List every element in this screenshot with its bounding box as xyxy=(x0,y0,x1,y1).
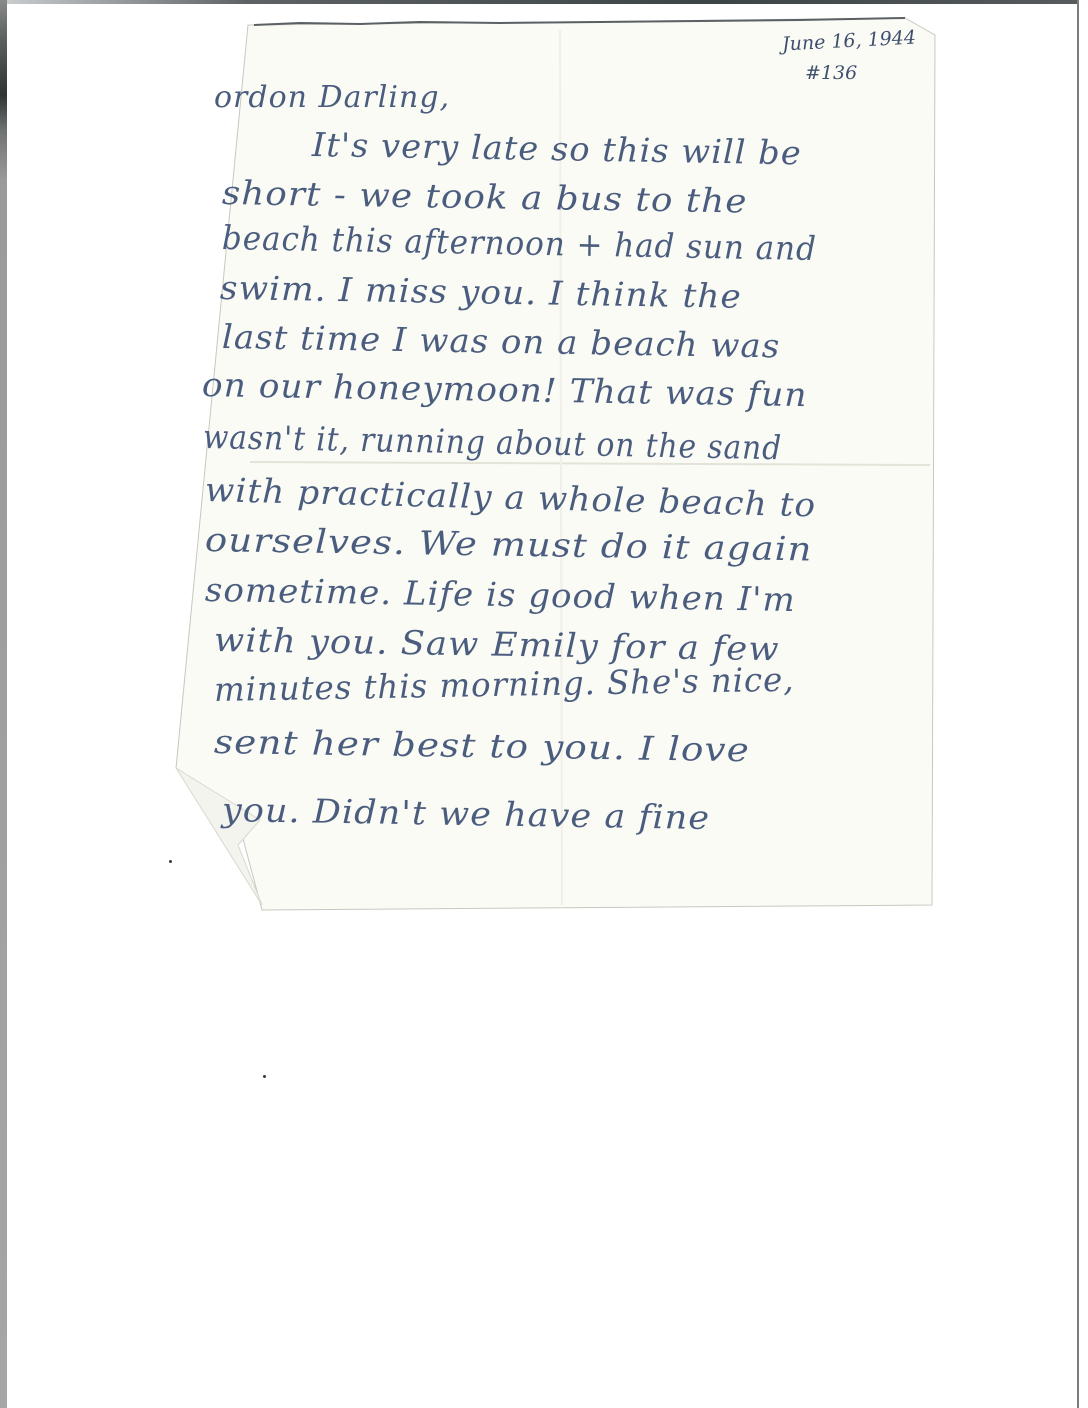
scan-speck xyxy=(169,860,172,863)
scan-speck xyxy=(263,1075,266,1078)
letter-number: #136 xyxy=(805,62,857,84)
letter-line: sent her best to you. I love xyxy=(214,722,751,769)
letter-line: you. Didn't we have a fine xyxy=(222,790,711,837)
letter-salutation: ordon Darling, xyxy=(214,80,450,115)
letter-line: It's very late so this will be xyxy=(312,125,802,172)
letter-paper: June 16, 1944 #136 ordon Darling, It's v… xyxy=(0,0,1088,1408)
